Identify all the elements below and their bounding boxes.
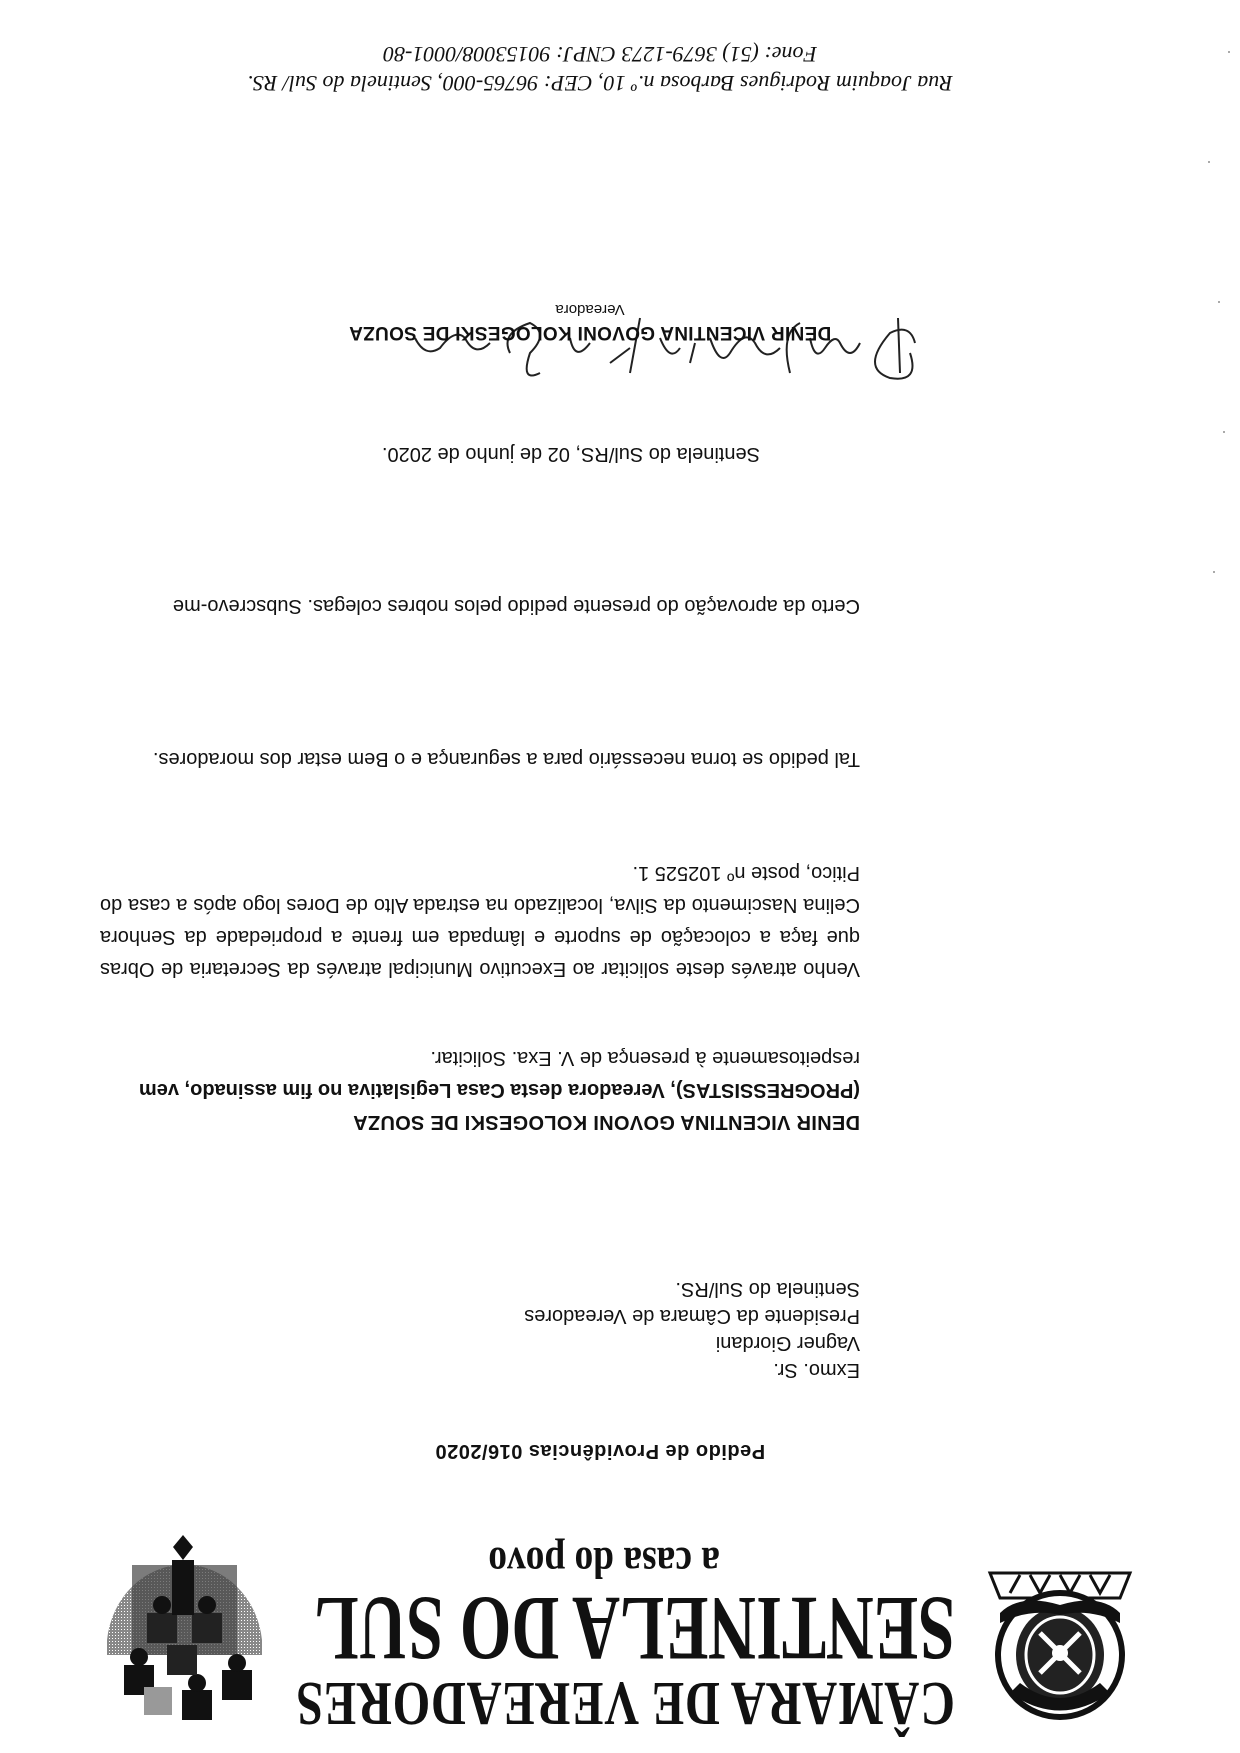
addressee-name: Vagner Giordani [524,1329,860,1356]
document-page: CÂMARA DE VEREADORES SENTINELA DO SUL a … [0,0,1240,1753]
org-slogan: a casa do povo [342,1539,720,1585]
scan-noise [1208,161,1210,163]
addressee-location: Sentinela do Sul/RS. [524,1275,860,1302]
org-line-1: CÂMARA DE VEREADORES [425,1671,955,1735]
footer-contact: Fone: (51) 3679-1273 CNPJ: 90153008/0001… [100,40,1100,69]
salutation: Exmo. Sr. [524,1356,860,1383]
org-line-2: SENTINELA DO SUL [465,1585,955,1673]
request-paragraph: Venho através deste solicitar ao Executi… [100,857,860,985]
footer-street: Rua Joaquim Rodrigues Barbosa n.º 10, CE… [100,69,1100,98]
intro-paragraph: DENIR VICENTINA GOVONI KOLOGESKI DE SOUZ… [100,1042,860,1138]
document-title: Pedido de Providências 016/2020 [0,1439,1240,1462]
dateline: Sentinela do Sul/RS, 02 de junho de 2020… [382,442,760,465]
signer-name: DENIR VICENTINA GOVONI KOLOGESKI DE SOUZ… [280,321,900,343]
scan-noise [1223,431,1225,433]
letterhead: CÂMARA DE VEREADORES SENTINELA DO SUL a … [100,1535,1140,1735]
addressee-block: Exmo. Sr. Vagner Giordani Presidente da … [524,1275,860,1383]
intro-rest: respeitosamente à presença de V. Exa. So… [100,1042,860,1074]
organization-title: CÂMARA DE VEREADORES SENTINELA DO SUL a … [275,1539,955,1735]
closing-paragraph: Certo da aprovação do presente pedido pe… [100,590,860,622]
scan-noise [1218,301,1220,303]
author-party-role: (PROGRESSISTAS), Vereadora desta Casa Le… [100,1074,860,1106]
author-name: DENIR VICENTINA GOVONI KOLOGESKI DE SOUZ… [100,1106,860,1138]
scan-noise [1213,571,1215,573]
scan-noise [1228,51,1230,53]
addressee-title: Presidente da Câmara de Vereadores [524,1302,860,1329]
municipal-coat-of-arms-icon [980,1563,1140,1723]
signature-block: DENIR VICENTINA GOVONI KOLOGESKI DE SOUZ… [280,263,900,383]
justification-paragraph: Tal pedido se torna necessário para a se… [100,743,860,775]
footer-address: Rua Joaquim Rodrigues Barbosa n.º 10, CE… [100,40,1100,98]
signer-role: Vereadora [280,301,900,318]
chamber-logo-icon [97,1530,272,1735]
